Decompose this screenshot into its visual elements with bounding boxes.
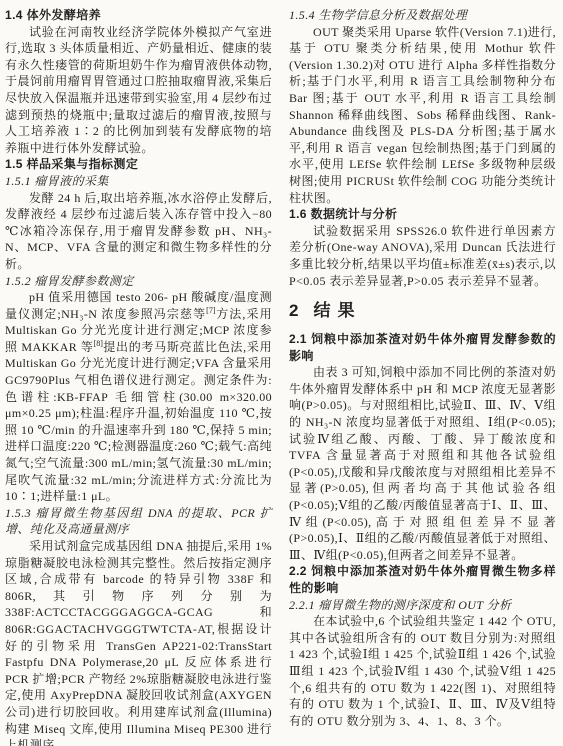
chapter-heading-2-results: 2结果 (289, 300, 556, 322)
paper-page: 1.4 体外发酵培养 试验在河南牧业经济学院体外模拟产气室进行,选取 3 头体质… (0, 0, 563, 746)
paragraph-1-5-3: 采用试剂盒完成基因组 DNA 抽提后,采用 1%琼脂糖凝胶电泳检测其完整性。然后… (5, 538, 272, 746)
paragraph-1-5-4: OUT 聚类采用 Uparse 软件(Version 7.1)进行,基于 OTU… (289, 24, 556, 207)
chapter-title: 结果 (313, 301, 361, 320)
subsection-heading-1-5-3: 1.5.3 瘤胃微生物基因组 DNA 的提取、PCR 扩增、纯化及高通量测序 (5, 505, 272, 538)
citation-ref-7: [7] (206, 306, 215, 315)
subsection-heading-1-5-2: 1.5.2 瘤胃发酵参数测定 (5, 273, 272, 290)
section-heading-1-5: 1.5 样品采集与指标测定 (5, 156, 272, 173)
paragraph-1-5-2: pH 值采用德国 testo 206- pH 酸碱度/温度测量仪测定;NH₃-N… (5, 289, 272, 505)
subsection-heading-1-5-4: 1.5.4 生物学信息分析及数据处理 (289, 7, 556, 24)
text-run: 提出的考马斯亮蓝比色法,采用 Multiskan Go 分光光度计进行测定;VF… (5, 340, 272, 503)
left-column: 1.4 体外发酵培养 试验在河南牧业经济学院体外模拟产气室进行,选取 3 头体质… (5, 7, 272, 740)
paragraph-1-5-1: 发酵 24 h 后,取出培养瓶,冰水浴停止发酵后,发酵液经 4 层纱布过滤后装入… (5, 190, 272, 273)
section-heading-1-6: 1.6 数据统计与分析 (289, 206, 556, 223)
chapter-number: 2 (289, 301, 299, 320)
section-heading-2-2: 2.2 饲粮中添加茶渣对奶牛体外瘤胃微生物多样性的影响 (289, 563, 556, 596)
subsection-heading-2-2-1: 2.2.1 瘤胃微生物的测序深度和 OUT 分析 (289, 597, 556, 614)
paragraph-1-4: 试验在河南牧业经济学院体外模拟产气室进行,选取 3 头体质量相近、产奶量相近、健… (5, 24, 272, 157)
paragraph-1-6: 试验数据采用 SPSS26.0 软件进行单因素方差分析(One-way ANOV… (289, 223, 556, 289)
paragraph-2-1: 由表 3 可知,饲粮中添加不同比例的茶渣对奶牛体外瘤胃发酵体系中 pH 和 MC… (289, 364, 556, 563)
paragraph-2-2-1: 在本试验中,6 个试验组共鉴定 1 442 个 OTU,其中各试验组所含有的 O… (289, 613, 556, 729)
subsection-heading-1-5-1: 1.5.1 瘤胃液的采集 (5, 173, 272, 190)
citation-ref-8: [8] (94, 339, 103, 348)
section-heading-1-4: 1.4 体外发酵培养 (5, 7, 272, 24)
section-heading-2-1: 2.1 饲粮中添加茶渣对奶牛体外瘤胃发酵参数的影响 (289, 331, 556, 364)
right-column: 1.5.4 生物学信息分析及数据处理 OUT 聚类采用 Uparse 软件(Ve… (289, 7, 556, 740)
